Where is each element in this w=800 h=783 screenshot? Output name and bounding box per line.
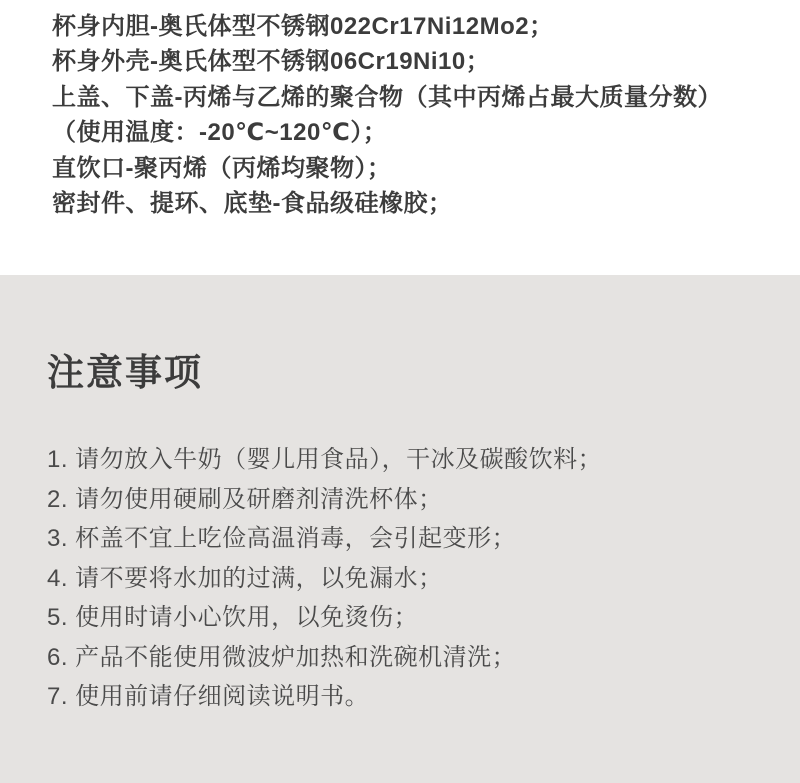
product-detail-page: 杯身内胆-奥氏体型不锈钢022Cr17Ni12Mo2； 杯身外壳-奥氏体型不锈钢…: [0, 0, 800, 783]
materials-section: 杯身内胆-奥氏体型不锈钢022Cr17Ni12Mo2； 杯身外壳-奥氏体型不锈钢…: [0, 0, 800, 275]
material-line-seals: 密封件、提环、底垫-食品级硅橡胶；: [52, 186, 772, 221]
precaution-item-1: 1. 请勿放入牛奶（婴儿用食品），干冰及碳酸饮料；: [47, 440, 800, 480]
material-line-lids: 上盖、下盖-丙烯与乙烯的聚合物（其中丙烯占最大质量分数）: [52, 80, 772, 115]
material-line-temperature-range: （使用温度：-20℃~120℃）；: [52, 115, 772, 150]
precaution-item-7: 7. 使用前请仔细阅读说明书。: [47, 677, 800, 717]
material-line-drinking-spout: 直饮口-聚丙烯（丙烯均聚物）；: [52, 151, 772, 186]
precaution-item-3: 3. 杯盖不宜上吃俭高温消毒，会引起变形；: [47, 519, 800, 559]
precaution-item-6: 6. 产品不能使用微波炉加热和洗碗机清洗；: [47, 638, 800, 678]
precautions-title: 注意事项: [47, 275, 800, 395]
material-line-outer-shell: 杯身外壳-奥氏体型不锈钢06Cr19Ni10；: [52, 44, 772, 79]
precautions-section: 注意事项 1. 请勿放入牛奶（婴儿用食品），干冰及碳酸饮料； 2. 请勿使用硬刷…: [0, 275, 800, 783]
precaution-item-4: 4. 请不要将水加的过满，以免漏水；: [47, 559, 800, 599]
precaution-item-2: 2. 请勿使用硬刷及研磨剂清洗杯体；: [47, 480, 800, 520]
precautions-list: 1. 请勿放入牛奶（婴儿用食品），干冰及碳酸饮料； 2. 请勿使用硬刷及研磨剂清…: [47, 440, 800, 717]
material-line-inner-liner: 杯身内胆-奥氏体型不锈钢022Cr17Ni12Mo2；: [52, 9, 772, 44]
precaution-item-5: 5. 使用时请小心饮用，以免烫伤；: [47, 598, 800, 638]
